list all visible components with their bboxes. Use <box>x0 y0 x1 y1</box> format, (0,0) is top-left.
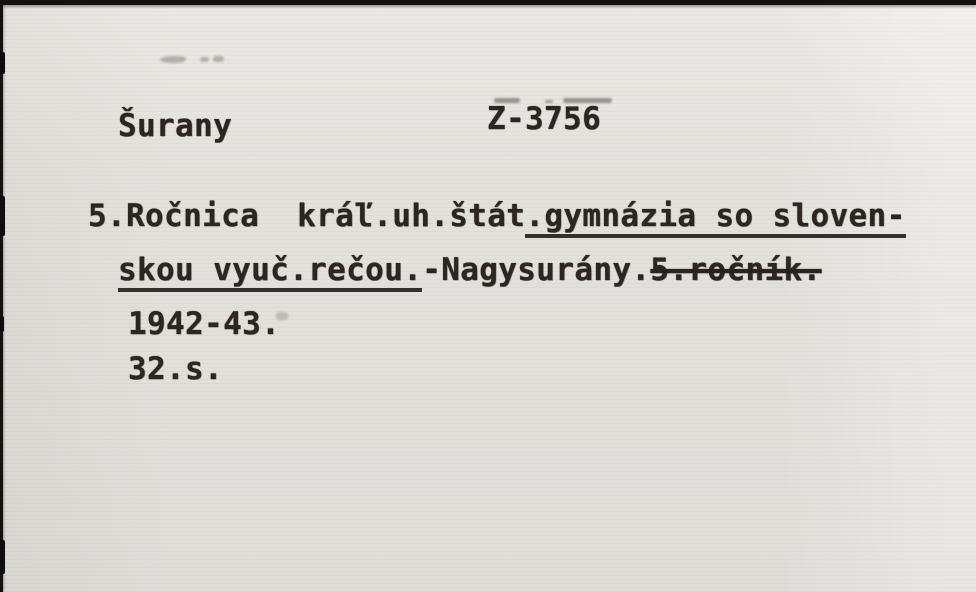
card-line: 5.Ročnica kráľ.uh.štát.gymnázia so slove… <box>88 189 906 243</box>
pencil-mark <box>213 56 224 62</box>
text-segment-strike: 5.ročník. <box>650 252 821 288</box>
text-segment-plain: -Nagysurány. <box>422 252 650 288</box>
pencil-mark <box>160 56 186 63</box>
text-segment-plain: 5.Ročnica kráľ.uh.štát <box>88 198 525 234</box>
card-heading: Šurany <box>118 108 232 144</box>
text-segment-underline: .gymnázia so sloven- <box>525 198 905 238</box>
pencil-mark <box>200 57 209 62</box>
scan-edge-blemish <box>0 196 5 236</box>
scan-edge-top <box>0 0 976 5</box>
card-line: skou vyuč.rečou.-Nagysurány.5.ročník. <box>118 243 906 297</box>
text-segment-plain: 32.s. <box>128 351 223 387</box>
text-segment-plain: 1942-43. <box>128 306 280 342</box>
card-call-number: Z-3756 <box>487 101 601 137</box>
scan-edge-blemish <box>0 316 4 332</box>
scan-edge-blemish <box>0 52 5 74</box>
scan-edge-left <box>0 0 3 592</box>
scan-edge-blemish <box>0 540 5 574</box>
card-body: 5.Ročnica kráľ.uh.štát.gymnázia so slove… <box>88 189 906 396</box>
text-segment-underline: skou vyuč.rečou. <box>118 252 422 292</box>
